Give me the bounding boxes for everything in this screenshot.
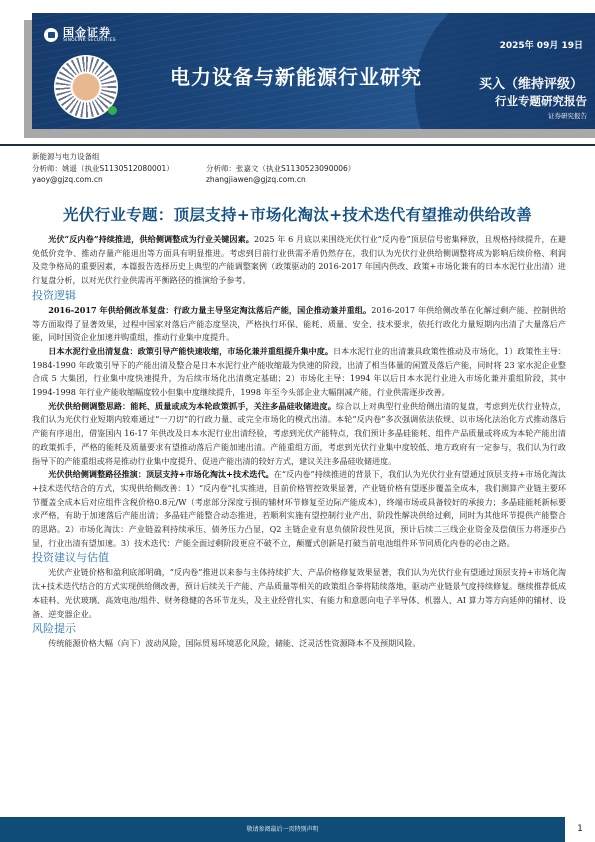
header-divider (0, 144, 595, 146)
report-category: 证券研究报告 (548, 111, 587, 120)
intro-lead: 光伏“反内卷”持续推进，供给侧调整成为行业关键因素。 (48, 234, 254, 244)
company-logo: 国金证券 SINOLINK SECURITIES (44, 27, 116, 44)
analyst-1-email[interactable]: yaoy@gjzq.com.cn (32, 174, 174, 186)
logic-paragraph-4: 光伏供给侧调整路径推演：顶层支持+市场化淘汰+技术迭代。在“反内卷”持续推进的背… (32, 468, 566, 550)
rating: 买入（维持评级） (479, 73, 583, 92)
report-date: 2025年 09月 19日 (500, 38, 583, 51)
brand-name-cn: 国金证券 (63, 27, 116, 38)
logic-paragraph-3: 光伏供给侧调整思路：能耗、质量或成为本轮政策抓手，关注多晶硅收储进度。综合以上对… (32, 400, 566, 469)
analyst-2: 分析师：张嘉文（执业S1130523090006） (206, 163, 355, 175)
brand-name-en: SINOLINK SECURITIES (63, 39, 116, 44)
analyst-2-email[interactable]: zhangjiawen@gjzq.com.cn (206, 174, 355, 186)
intro-paragraph: 光伏“反内卷”持续推进，供给侧调整成为行业关键因素。2025 年 6 月底以来围… (32, 233, 566, 288)
industry-title: 电力设备与新能源行业研究 (170, 61, 422, 90)
report-type: 行业专题研究报告 (495, 93, 587, 109)
logic-paragraph-1: 2016-2017 年供给侧改革复盘：行政力量主导坚定淘汰落后产能，国企推动兼并… (32, 304, 566, 345)
header-banner: 国金证券 SINOLINK SECURITIES 电力设备与新能源行业研究 20… (32, 13, 595, 129)
section-heading-risk: 风险提示 (32, 621, 566, 636)
research-group: 新能源与电力设备组 (32, 151, 174, 163)
mini-program-icon (108, 106, 117, 115)
logic-paragraph-2: 日本水泥行业出清复盘：政策引导产能快速收缩，市场化兼并重组提升集中度。日本水泥行… (32, 345, 566, 400)
advice-paragraph: 光伏产业链价格和盈利底部明确，“反内卷”推进以来参与主体持续扩大、产品价格修复效… (32, 566, 566, 621)
report-body: 光伏“反内卷”持续推进，供给侧调整成为行业关键因素。2025 年 6 月底以来围… (32, 233, 566, 651)
footer-disclaimer[interactable]: 敬请参阅最后一页特别声明 (0, 817, 565, 842)
section-heading-advice: 投资建议与估值 (32, 550, 566, 565)
document-title: 光伏行业专题：顶层支持+市场化淘汰+技术迭代有望推动供给改善 (0, 203, 595, 225)
section-heading-logic: 投资逻辑 (32, 288, 566, 303)
risk-paragraph: 传统能源价格大幅（向下）波动风险，国际贸易环境恶化风险，储能、泛灵活性资源降本不… (32, 637, 566, 651)
logo-icon (44, 28, 58, 42)
author-block: 新能源与电力设备组 分析师：姚遥（执业S1130512080001） yaoy@… (32, 151, 174, 186)
page-number: 1 (565, 817, 595, 842)
analyst-1: 分析师：姚遥（执业S1130512080001） (32, 163, 174, 175)
